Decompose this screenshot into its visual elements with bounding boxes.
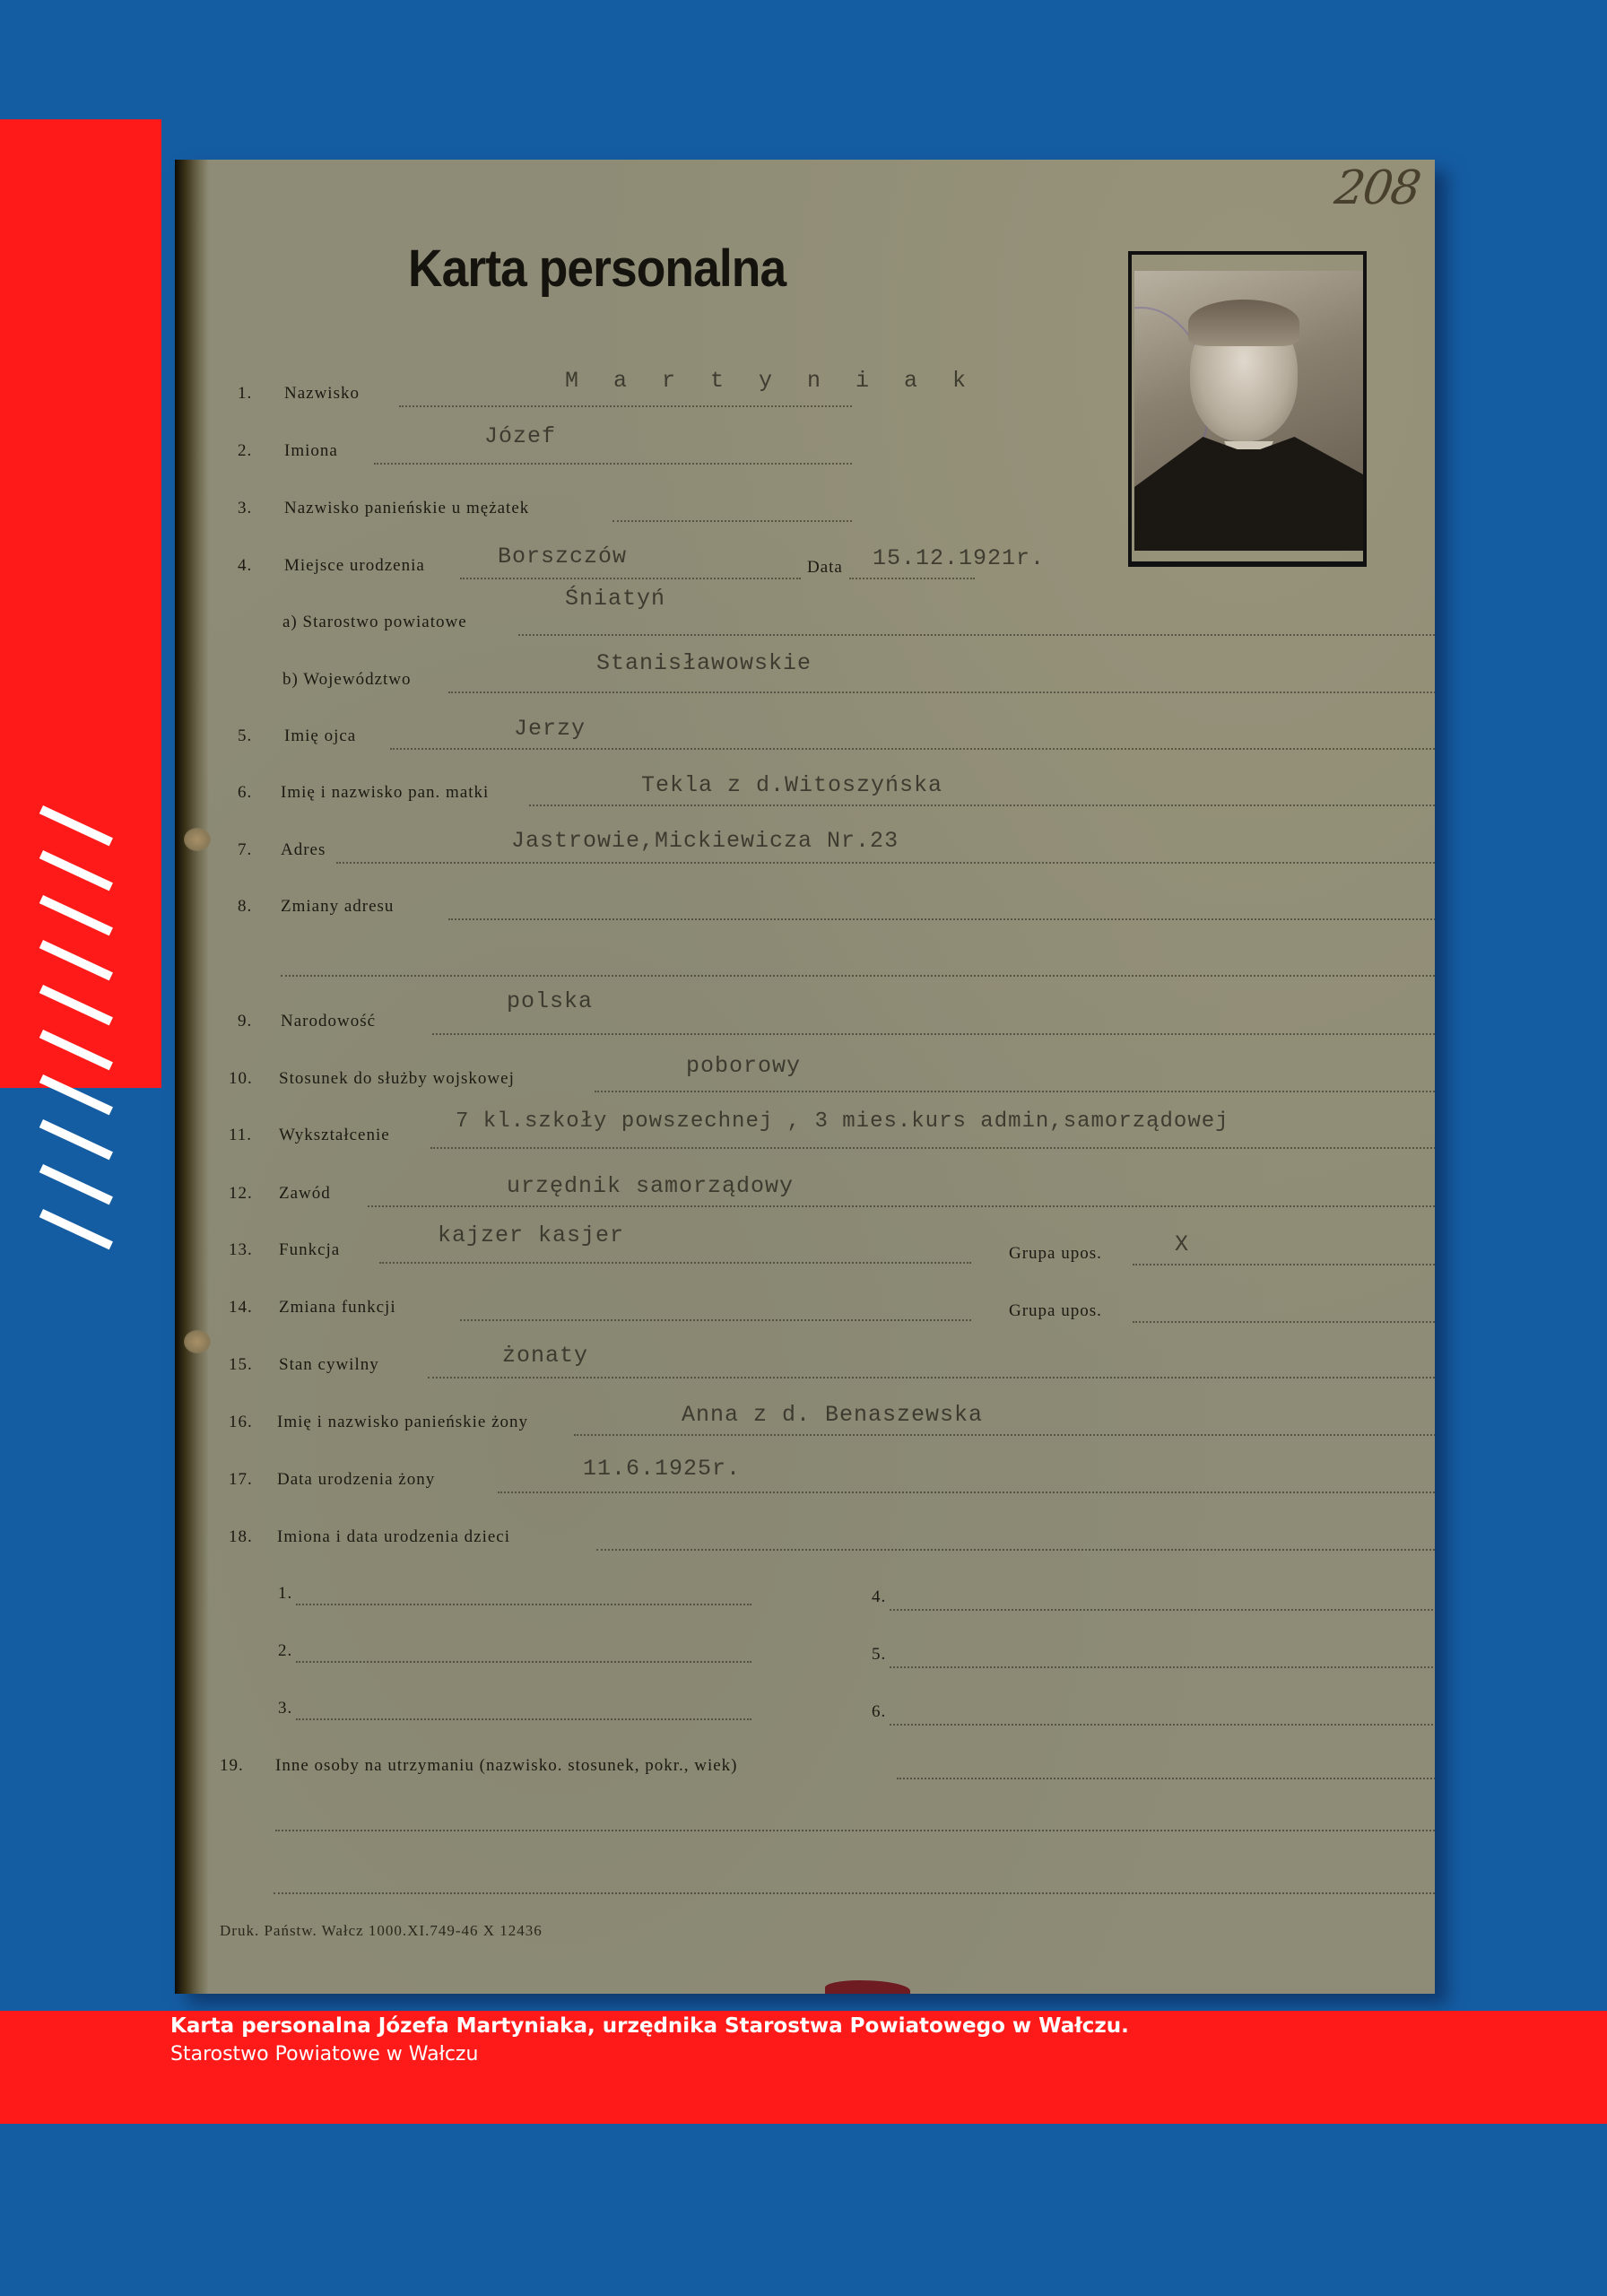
field-military-status: 10. Stosunek do służby wojskowej poborow…	[175, 1069, 1435, 1105]
caption-title: Karta personalna Józefa Martyniaka, urzę…	[170, 2014, 1129, 2038]
dotted-line	[379, 1262, 971, 1264]
field-value: Stanisławowskie	[596, 650, 812, 676]
field-children: 18. Imiona i data urodzenia dzieci	[175, 1527, 1435, 1563]
field-number: 18.	[229, 1527, 253, 1547]
field-function-change: 14. Zmiana funkcji Grupa upos.	[175, 1298, 1435, 1334]
dotted-line	[296, 1661, 751, 1663]
field-label: Imię i nazwisko panieńskie żony	[277, 1413, 528, 1432]
dotted-line	[374, 463, 852, 465]
field-address: 7. Adres Jastrowie,Mickiewicza Nr.23	[175, 840, 1435, 876]
field-value: kajzer kasjer	[438, 1222, 624, 1248]
field-label: Nazwisko panieńskie u mężatek	[284, 499, 529, 518]
field-nationality: 9. Narodowość polska	[175, 1012, 1435, 1048]
dotted-line	[890, 1724, 1435, 1726]
field-number: 19.	[220, 1756, 244, 1776]
stripe-icon	[39, 850, 113, 891]
child-number: 1.	[278, 1584, 292, 1604]
field-number: 9.	[238, 1012, 252, 1031]
field-label: Imiona i data urodzenia dzieci	[277, 1527, 510, 1547]
field-value: Anna z d. Benaszewska	[682, 1402, 983, 1428]
field-label: Funkcja	[279, 1240, 340, 1260]
document-title: Karta personalna	[408, 239, 786, 299]
dotted-line	[296, 1718, 751, 1720]
field-label: Miejsce urodzenia	[284, 556, 425, 576]
field-value: Tekla z d.Witoszyńska	[641, 772, 942, 798]
field-number: 17.	[229, 1470, 253, 1490]
field-label: Imiona	[284, 441, 338, 461]
page-number: 208	[1332, 161, 1423, 215]
field-number: 16.	[229, 1413, 253, 1432]
dotted-line	[448, 918, 1435, 920]
child-number: 3.	[278, 1699, 292, 1718]
field-wife-birthdate: 17. Data urodzenia żony 11.6.1925r.	[175, 1470, 1435, 1506]
field-number: 14.	[229, 1298, 253, 1318]
dotted-line	[595, 1091, 1435, 1092]
field-county-office: a) Starostwo powiatowe Śniatyń	[175, 613, 1435, 648]
children-row-2: 2. 5.	[175, 1641, 1435, 1677]
dotted-line	[518, 634, 1435, 636]
stripe-icon	[39, 1209, 113, 1249]
field-number: 3.	[238, 499, 252, 518]
stripe-icon	[39, 805, 113, 846]
field-number: 10.	[229, 1069, 253, 1089]
caption-source: Starostwo Powiatowe w Wałczu	[170, 2043, 478, 2066]
field-label: b) Województwo	[282, 670, 412, 690]
pay-group-value: X	[1175, 1231, 1189, 1257]
field-dependents-line2	[175, 1808, 1435, 1844]
pay-group-label: Grupa upos.	[1009, 1301, 1102, 1321]
field-value: Śniatyń	[565, 586, 665, 612]
field-label: Zawód	[279, 1184, 331, 1204]
field-value: 7 kl.szkoły powszechnej , 3 mies.kurs ad…	[456, 1109, 1229, 1134]
field-value: Jerzy	[514, 716, 586, 742]
field-mother-name: 6. Imię i nazwisko pan. matki Tekla z d.…	[175, 783, 1435, 819]
dotted-line	[448, 691, 1435, 693]
dotted-line	[612, 520, 852, 522]
dotted-line	[1133, 1264, 1435, 1265]
field-value: M a r t y n i a k	[565, 368, 977, 394]
field-address-changes: 8. Zmiany adresu	[175, 897, 1435, 933]
field-number: 6.	[238, 783, 252, 803]
stripe-icon	[39, 1030, 113, 1070]
field-value: urzędnik samorządowy	[507, 1173, 794, 1199]
stripe-icon	[39, 1164, 113, 1205]
dotted-line	[460, 1319, 971, 1321]
field-number: 8.	[238, 897, 252, 917]
field-first-names: 2. Imiona Józef	[175, 441, 1435, 477]
dotted-line	[1133, 1321, 1435, 1323]
field-marital-status: 15. Stan cywilny żonaty	[175, 1355, 1435, 1391]
field-label: Inne osoby na utrzymaniu (nazwisko. stos…	[275, 1756, 738, 1776]
dotted-line	[281, 975, 1435, 977]
field-label: Wykształcenie	[279, 1126, 390, 1145]
dotted-line	[574, 1434, 1435, 1436]
field-birthplace: 4. Miejsce urodzenia Borszczów Data 15.1…	[175, 556, 1435, 592]
dotted-line	[849, 578, 975, 579]
field-value: Józef	[484, 423, 556, 449]
field-number: 2.	[238, 441, 252, 461]
field-maiden-name: 3. Nazwisko panieńskie u mężatek	[175, 499, 1435, 535]
child-number: 5.	[872, 1645, 886, 1665]
field-label: Nazwisko	[284, 384, 360, 404]
children-row-3: 3. 6.	[175, 1699, 1435, 1735]
pay-group-label: Grupa upos.	[1009, 1244, 1102, 1264]
field-label: Imię i nazwisko pan. matki	[281, 783, 489, 803]
dotted-line	[368, 1205, 1435, 1207]
stripe-icon	[39, 1119, 113, 1160]
dotted-line	[390, 748, 1435, 750]
dotted-line	[498, 1492, 1435, 1493]
dotted-line	[432, 1033, 1435, 1035]
field-education: 11. Wykształcenie 7 kl.szkoły powszechne…	[175, 1126, 1435, 1161]
field-profession: 12. Zawód urzędnik samorządowy	[175, 1184, 1435, 1220]
field-voivodeship: b) Województwo Stanisławowskie	[175, 670, 1435, 706]
portrait-hair	[1188, 300, 1299, 346]
dotted-line	[890, 1609, 1435, 1611]
child-number: 2.	[278, 1641, 292, 1661]
field-label: Adres	[281, 840, 326, 860]
field-value: Borszczów	[498, 544, 627, 570]
dotted-line	[336, 862, 1435, 864]
field-label: Zmiana funkcji	[279, 1298, 396, 1318]
field-number: 5.	[238, 726, 252, 746]
date-label: Data	[807, 558, 843, 578]
print-note: Druk. Państw. Wałcz 1000.XI.749-46 X 124…	[220, 1922, 543, 1940]
field-number: 4.	[238, 556, 252, 576]
field-dependents: 19. Inne osoby na utrzymaniu (nazwisko. …	[175, 1756, 1435, 1792]
field-label: Stosunek do służby wojskowej	[279, 1069, 515, 1089]
birth-date-value: 15.12.1921r.	[873, 545, 1045, 571]
field-number: 1.	[238, 384, 252, 404]
field-label: Narodowość	[281, 1012, 376, 1031]
dotted-line	[428, 1377, 1435, 1378]
dotted-line	[460, 578, 801, 579]
field-value: żonaty	[502, 1343, 588, 1369]
field-father-name: 5. Imię ojca Jerzy	[175, 726, 1435, 762]
field-value: Jastrowie,Mickiewicza Nr.23	[511, 828, 899, 854]
field-value: polska	[507, 988, 593, 1014]
personnel-card-document: 208 Karta personalna 1. Nazwisko M a r t…	[175, 160, 1435, 1994]
field-label: Imię ojca	[284, 726, 356, 746]
child-number: 4.	[872, 1587, 886, 1607]
children-row-1: 1. 4.	[175, 1584, 1435, 1620]
field-label: Data urodzenia żony	[277, 1470, 435, 1490]
field-number: 11.	[229, 1126, 252, 1145]
field-label: Stan cywilny	[279, 1355, 379, 1375]
field-number: 13.	[229, 1240, 253, 1260]
field-dependents-line3	[175, 1871, 1435, 1907]
dotted-line	[529, 804, 1435, 806]
dotted-line	[296, 1604, 751, 1605]
dotted-line	[430, 1147, 1435, 1149]
dotted-line	[275, 1830, 1435, 1831]
stripe-icon	[39, 895, 113, 935]
stripe-icon	[39, 985, 113, 1025]
dotted-line	[399, 405, 852, 407]
red-ink-stain	[825, 1980, 910, 1994]
field-value: 11.6.1925r.	[583, 1456, 741, 1482]
field-function: 13. Funkcja kajzer kasjer Grupa upos. X	[175, 1240, 1435, 1276]
dotted-line	[890, 1666, 1435, 1668]
stripe-icon	[39, 940, 113, 980]
dotted-line	[897, 1778, 1435, 1779]
stripe-icon	[39, 1074, 113, 1115]
dotted-line	[596, 1549, 1435, 1551]
field-label: a) Starostwo powiatowe	[282, 613, 467, 632]
field-wife-name: 16. Imię i nazwisko panieńskie żony Anna…	[175, 1413, 1435, 1448]
field-number: 15.	[229, 1355, 253, 1375]
decorative-stripes	[43, 805, 124, 1379]
field-value: poborowy	[686, 1053, 801, 1079]
field-address-changes-line2	[175, 953, 1435, 989]
field-number: 12.	[229, 1184, 253, 1204]
child-number: 6.	[872, 1702, 886, 1722]
dotted-line	[274, 1892, 1435, 1894]
field-label: Zmiany adresu	[281, 897, 394, 917]
field-surname: 1. Nazwisko M a r t y n i a k	[175, 384, 1435, 420]
field-number: 7.	[238, 840, 252, 860]
